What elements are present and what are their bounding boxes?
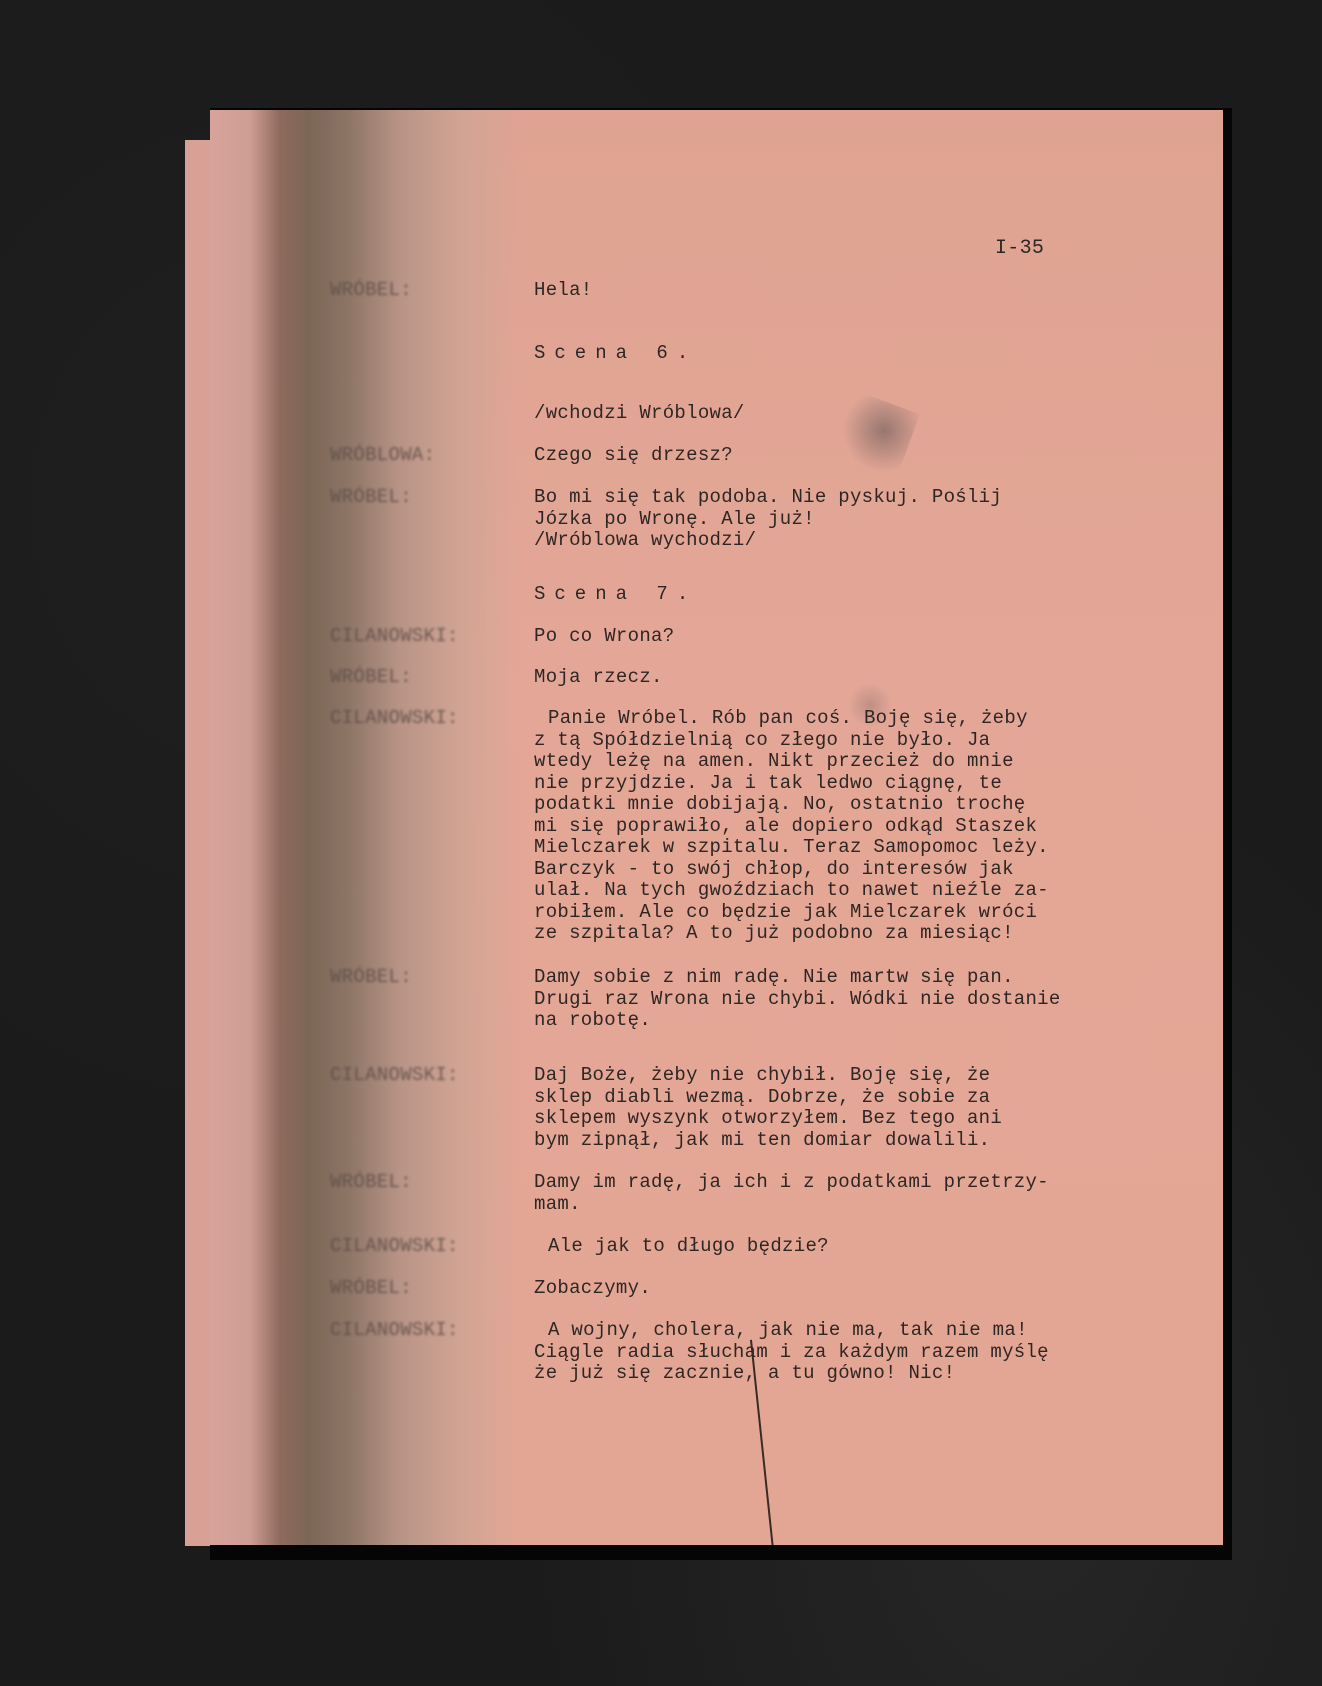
speaker-name: WRÓBLOWA: bbox=[330, 445, 490, 467]
dialogue-line: ulał. Na tych gwoździach to nawet nieźle… bbox=[534, 880, 1049, 902]
dialogue-line: Barczyk - to swój chłop, do interesów ja… bbox=[534, 859, 1014, 881]
stage-direction: /wchodzi Wróblowa/ bbox=[534, 403, 745, 425]
speaker-name: WRÓBEL: bbox=[330, 487, 490, 509]
speaker-name: WRÓBEL: bbox=[330, 1278, 490, 1300]
speaker-name: CILANOWSKI: bbox=[330, 1065, 510, 1087]
dialogue-line: mi się poprawiło, ale dopiero odkąd Stas… bbox=[534, 816, 1037, 838]
dialogue-line: robiłem. Ale co będzie jak Mielczarek wr… bbox=[534, 902, 1037, 924]
page-number: I-35 bbox=[995, 238, 1044, 260]
dialogue-line: sklep diabli wezmą. Dobrze, że sobie za bbox=[534, 1087, 990, 1109]
dialogue-line: A wojny, cholera, jak nie ma, tak nie ma… bbox=[548, 1320, 1028, 1342]
dialogue-line: Drugi raz Wrona nie chybi. Wódki nie dos… bbox=[534, 989, 1061, 1011]
speaker-name: WRÓBEL: bbox=[330, 967, 490, 989]
speaker-name: CILANOWSKI: bbox=[330, 1236, 510, 1258]
dialogue-line: Damy im radę, ja ich i z podatkami przet… bbox=[534, 1172, 1049, 1194]
dialogue-line: Mielczarek w szpitalu. Teraz Samopomoc l… bbox=[534, 837, 1049, 859]
dialogue-line: Ale jak to długo będzie? bbox=[548, 1236, 829, 1258]
scene-heading: Scena 6. bbox=[534, 343, 697, 365]
speaker-name: WRÓBEL: bbox=[330, 280, 490, 302]
speaker-name: WRÓBEL: bbox=[330, 1172, 490, 1194]
dialogue-line: że już się zacznie, a tu gówno! Nic! bbox=[534, 1363, 955, 1385]
dialogue-line: Po co Wrona? bbox=[534, 626, 674, 648]
dialogue-line: Damy sobie z nim radę. Nie martw się pan… bbox=[534, 967, 1014, 989]
speaker-name: WRÓBEL: bbox=[330, 667, 490, 689]
dialogue-line: Ciągle radia słucham i za każdym razem m… bbox=[534, 1342, 1049, 1364]
dialogue-line: z tą Spółdzielnią co złego nie było. Ja bbox=[534, 730, 990, 752]
dialogue-line: Józka po Wronę. Ale już! bbox=[534, 509, 815, 531]
dialogue-line: nie przyjdzie. Ja i tak ledwo ciągnę, te bbox=[534, 773, 1002, 795]
scene-heading: Scena 7. bbox=[534, 584, 697, 606]
dialogue-line: Daj Boże, żeby nie chybił. Boję się, że bbox=[534, 1065, 990, 1087]
dialogue-line: Panie Wróbel. Rób pan coś. Boję się, żeb… bbox=[548, 708, 1028, 730]
dialogue-line: bym zipnął, jak mi ten domiar dowalili. bbox=[534, 1130, 990, 1152]
dialogue-line: mam. bbox=[534, 1194, 581, 1216]
dialogue-line: na robotę. bbox=[534, 1010, 651, 1032]
stage-direction: /Wróblowa wychodzi/ bbox=[534, 530, 756, 552]
dialogue-line: Hela! bbox=[534, 280, 593, 302]
dialogue-line: Czego się drzesz? bbox=[534, 445, 733, 467]
speaker-name: CILANOWSKI: bbox=[330, 1320, 510, 1342]
dialogue-line: Zobaczymy. bbox=[534, 1278, 651, 1300]
speaker-name: CILANOWSKI: bbox=[330, 626, 510, 648]
dialogue-line: wtedy leżę na amen. Nikt przecież do mni… bbox=[534, 751, 1014, 773]
dialogue-line: podatki mnie dobijają. No, ostatnio troc… bbox=[534, 794, 1025, 816]
dialogue-line: sklepem wyszynk otworzyłem. Bez tego ani bbox=[534, 1108, 1002, 1130]
typescript-page: I-35 WRÓBEL: Hela! Scena 6. /wchodzi Wró… bbox=[210, 110, 1223, 1545]
dialogue-line: ze szpitala? A to już podobno za miesiąc… bbox=[534, 923, 1014, 945]
dialogue-line: Moja rzecz. bbox=[534, 667, 663, 689]
speaker-name: CILANOWSKI: bbox=[330, 708, 510, 730]
script-text: I-35 WRÓBEL: Hela! Scena 6. /wchodzi Wró… bbox=[210, 110, 1223, 1545]
dialogue-line: Bo mi się tak podoba. Nie pyskuj. Poślij bbox=[534, 487, 1002, 509]
